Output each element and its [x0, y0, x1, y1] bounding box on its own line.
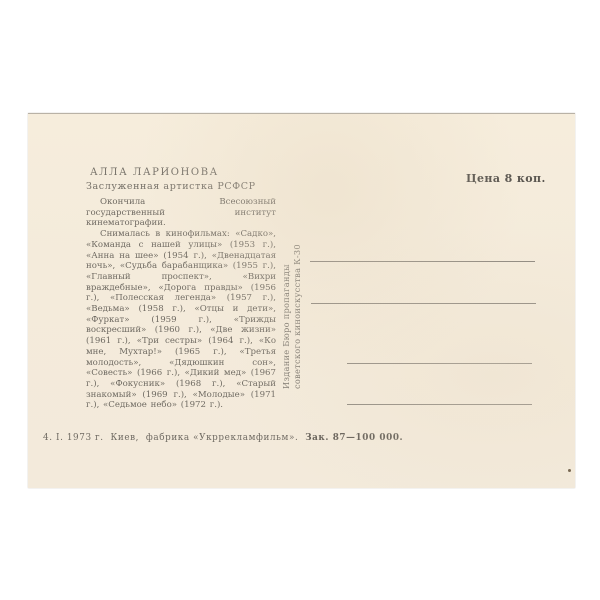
address-line [347, 404, 532, 405]
print-imprint: 4. I. 1973 г. Киев, фабрика «Укррекламфи… [43, 433, 403, 443]
imprint-order: Зак. 87—100 000. [305, 433, 403, 443]
address-line [311, 303, 536, 304]
publisher-line-1: Издание Бюро пропаганды [281, 219, 292, 389]
imprint-factory: фабрика «Укррекламфильм». [146, 433, 299, 443]
actress-name: АЛЛА ЛАРИОНОВА [90, 167, 219, 178]
postcard-back: АЛЛА ЛАРИОНОВА Заслуженная артистка РСФС… [28, 113, 575, 488]
publisher-line-2: советского киноискусства К-30 [292, 219, 303, 389]
honorary-title: Заслуженная артистка РСФСР [86, 181, 256, 192]
imprint-date: 4. I. 1973 г. [43, 433, 104, 443]
address-line [310, 261, 535, 262]
imprint-place: Киев, [110, 433, 139, 443]
biography: Окончила Всесоюзный государственный инст… [86, 197, 276, 411]
stain-mark [568, 469, 571, 472]
bio-education: Окончила Всесоюзный государственный инст… [86, 197, 276, 229]
publisher-credit: Издание Бюро пропаганды советского кинои… [281, 219, 303, 389]
bio-filmography: Снималась в кинофильмах: «Садко», «Коман… [86, 229, 276, 411]
address-line [347, 363, 532, 364]
price-label: Цена 8 коп. [466, 172, 546, 185]
